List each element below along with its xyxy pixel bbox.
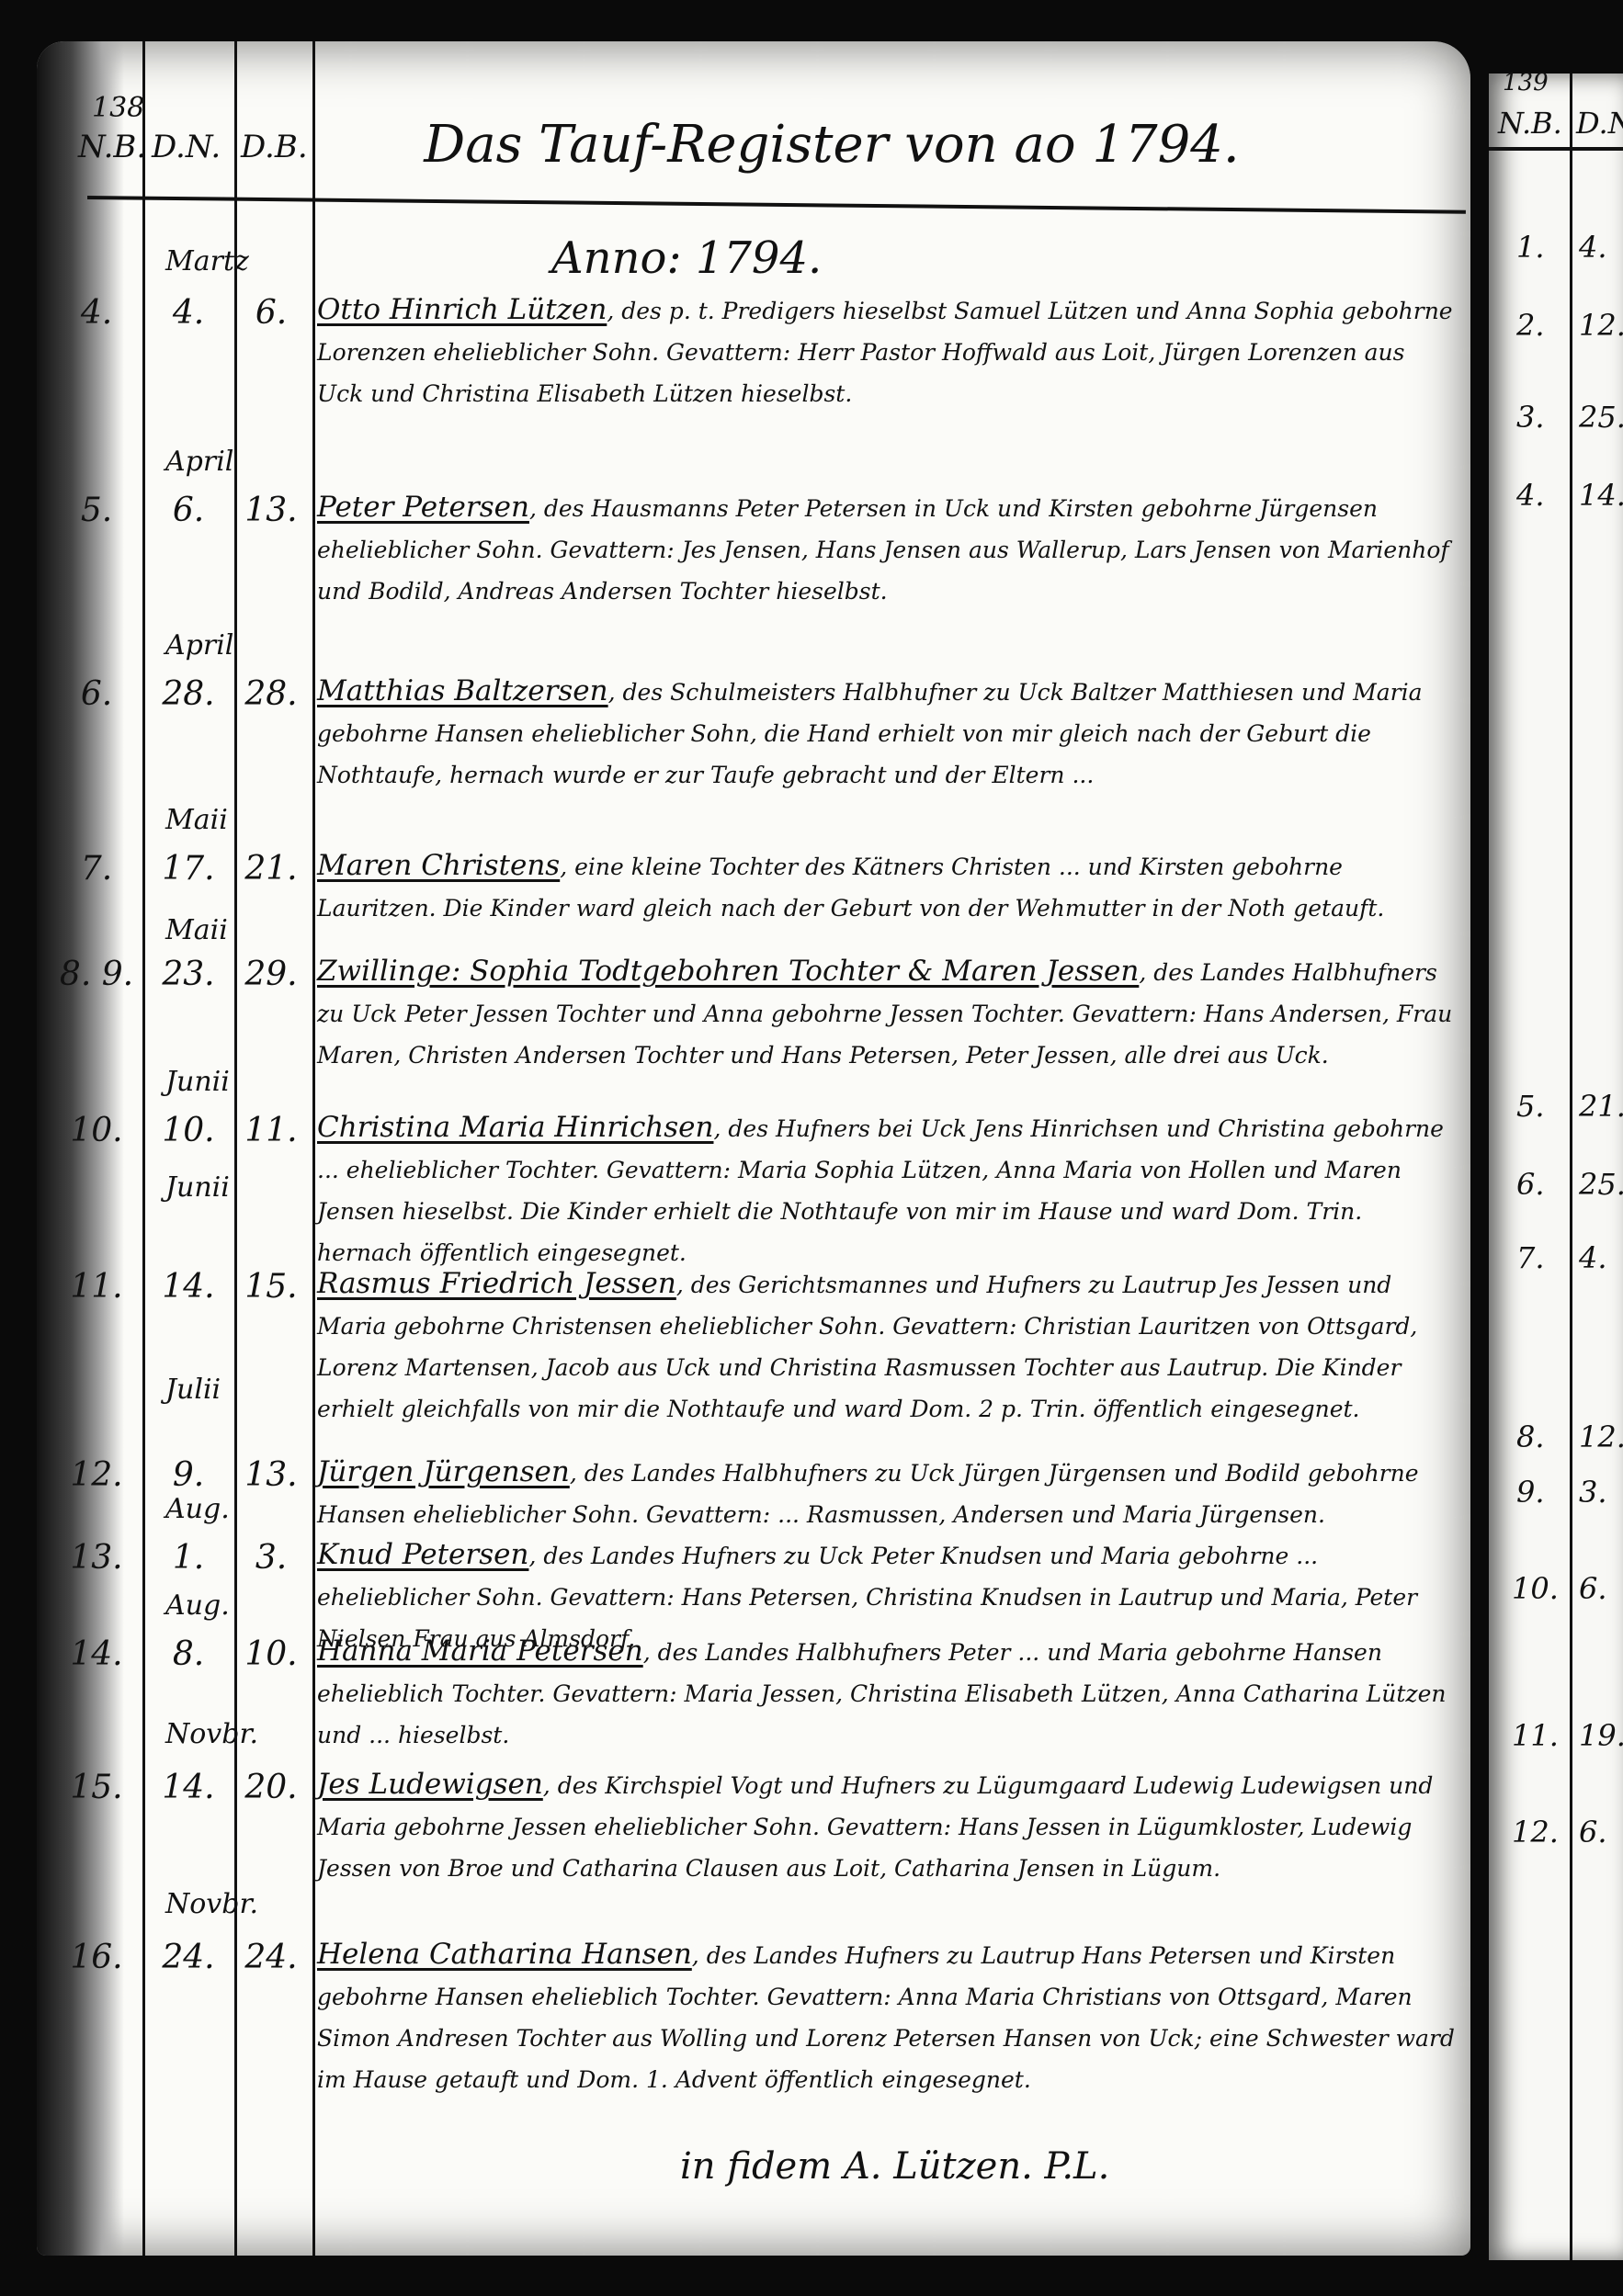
entry-db: 20.	[234, 1769, 308, 1806]
entry-month: April	[165, 446, 233, 478]
row-dn: 25.	[1579, 400, 1623, 435]
row-dn: 6.	[1579, 1571, 1607, 1606]
row-nb: 7.	[1516, 1240, 1545, 1275]
row-nb: 8.	[1516, 1419, 1545, 1454]
entry-dn: 28.	[152, 675, 225, 713]
entry-nb: 6.	[64, 675, 129, 713]
entry-nb: 15.	[64, 1769, 129, 1806]
entry-dn: 4.	[152, 294, 225, 332]
entry-nb: 7.	[64, 850, 129, 888]
pastor-signature: in fidem A. Lützen. P.L.	[680, 2145, 1109, 2188]
child-name: Helena Catharina Hansen	[317, 1938, 692, 1971]
child-name: Zwillinge: Sophia Todtgebohren Tochter &…	[317, 955, 1139, 988]
entry-nb: 11.	[64, 1268, 129, 1306]
entry-db: 28.	[234, 675, 308, 713]
entry-nb: 5.	[64, 492, 129, 529]
entry-month: Novbr.	[165, 1888, 258, 1920]
row-nb: 12.	[1512, 1815, 1559, 1849]
baptism-entry: Zwillinge: Sophia Todtgebohren Tochter &…	[317, 951, 1457, 1076]
page-number: 138	[92, 92, 144, 124]
row-nb: 4.	[1516, 478, 1545, 513]
row-dn: 21.	[1579, 1089, 1623, 1124]
row-dn: 6.	[1579, 1815, 1607, 1849]
entry-month: Maii	[165, 804, 228, 836]
entry-month: April	[165, 629, 233, 662]
column-header-dn: D.N.	[1576, 106, 1623, 141]
child-name: Jürgen Jürgensen	[317, 1455, 570, 1488]
child-name: Maren Christens	[317, 849, 560, 882]
entry-nb: 14.	[64, 1635, 129, 1673]
baptism-entry: Rasmus Friedrich Jessen, des Gerichtsman…	[317, 1263, 1457, 1430]
row-nb: 9.	[1516, 1475, 1545, 1510]
baptism-entry: Hanna Maria Petersen, des Landes Halbhuf…	[317, 1631, 1457, 1756]
child-name: Rasmus Friedrich Jessen	[317, 1267, 676, 1300]
entry-db: 24.	[234, 1939, 308, 1976]
column-header-db: D.B.	[241, 129, 308, 165]
child-name: Jes Ludewigsen	[317, 1768, 543, 1801]
baptism-entry: Maren Christens, eine kleine Tochter des…	[317, 845, 1457, 929]
entry-db: 15.	[234, 1268, 308, 1306]
column-rule	[142, 41, 145, 2256]
entry-dn: 10.	[152, 1112, 225, 1149]
child-name: Christina Maria Hinrichsen	[317, 1111, 714, 1144]
row-nb: 6.	[1516, 1167, 1545, 1202]
entry-nb: 4.	[64, 294, 129, 332]
column-header-nb: N.B.	[78, 129, 146, 165]
row-dn: 25.	[1579, 1167, 1623, 1202]
row-nb: 10.	[1512, 1571, 1559, 1606]
baptism-entry: Jes Ludewigsen, des Kirchspiel Vogt und …	[317, 1764, 1457, 1889]
entry-nb: 8. 9.	[55, 956, 138, 993]
column-header-dn: D.N.	[152, 129, 221, 165]
register-page-left: 138 N.B. D.N. D.B. Das Tauf-Register von…	[37, 41, 1470, 2256]
entry-dn: 14.	[152, 1268, 225, 1306]
baptism-entry: Matthias Baltzersen, des Schulmeisters H…	[317, 671, 1457, 796]
entry-db: 6.	[234, 294, 308, 332]
row-nb: 5.	[1516, 1089, 1545, 1124]
register-title: Das Tauf-Register von ao 1794.	[303, 115, 1360, 175]
entry-dn: 14.	[152, 1769, 225, 1806]
column-header-nb: N.B.	[1498, 106, 1562, 141]
entry-db: 13.	[234, 492, 308, 529]
entry-dn: 6.	[152, 492, 225, 529]
column-rule	[1570, 74, 1572, 2260]
row-dn: 14.	[1579, 478, 1623, 513]
header-rule	[87, 196, 1466, 214]
entry-month: Julii	[165, 1374, 221, 1406]
entry-nb: 12.	[64, 1456, 129, 1494]
entry-month: Aug.	[165, 1589, 230, 1622]
entry-dn: 8.	[152, 1635, 225, 1673]
entry-db: 13.	[234, 1456, 308, 1494]
baptism-entry: Otto Hinrich Lützen, des p. t. Predigers…	[317, 289, 1457, 414]
entry-month: Novbr.	[165, 1718, 258, 1750]
entry-db: 3.	[234, 1539, 308, 1577]
row-nb: 3.	[1516, 400, 1545, 435]
entry-month: Aug.	[165, 1493, 230, 1525]
entry-month: Martz	[165, 245, 249, 277]
row-dn: 4.	[1579, 1240, 1607, 1275]
child-name: Peter Petersen	[317, 491, 529, 524]
entry-nb: 16.	[64, 1939, 129, 1976]
child-name: Otto Hinrich Lützen	[317, 293, 607, 326]
row-nb: 2.	[1516, 308, 1545, 343]
row-dn: 12.	[1579, 308, 1623, 343]
header-rule	[1489, 147, 1623, 151]
column-rule	[312, 41, 315, 2256]
child-name: Knud Petersen	[317, 1538, 528, 1571]
baptism-entry: Jürgen Jürgensen, des Landes Halbhufners…	[317, 1452, 1457, 1535]
entry-dn: 9.	[152, 1456, 225, 1494]
row-dn: 12.	[1579, 1419, 1623, 1454]
entry-db: 21.	[234, 850, 308, 888]
year-heading: Anno: 1794.	[551, 232, 822, 284]
row-nb: 1.	[1516, 230, 1545, 265]
entry-db: 29.	[234, 956, 308, 993]
baptism-entry: Christina Maria Hinrichsen, des Hufners …	[317, 1107, 1457, 1273]
entry-dn: 24.	[152, 1939, 225, 1976]
entry-month: Maii	[165, 914, 228, 946]
entry-db: 10.	[234, 1635, 308, 1673]
page-number: 139	[1503, 69, 1549, 96]
row-dn: 3.	[1579, 1475, 1607, 1510]
entry-dn: 1.	[152, 1539, 225, 1577]
row-dn: 19.	[1579, 1718, 1623, 1753]
baptism-entry: Helena Catharina Hansen, des Landes Hufn…	[317, 1934, 1457, 2100]
entry-nb: 10.	[64, 1112, 129, 1149]
entry-month: Junii	[165, 1171, 230, 1204]
entry-dn: 17.	[152, 850, 225, 888]
row-nb: 11.	[1512, 1718, 1559, 1753]
entry-month: Junii	[165, 1066, 230, 1098]
child-name: Matthias Baltzersen	[317, 674, 608, 707]
entry-nb: 13.	[64, 1539, 129, 1577]
child-name: Hanna Maria Petersen	[317, 1634, 643, 1668]
entry-dn: 23.	[152, 956, 225, 993]
entry-db: 11.	[234, 1112, 308, 1149]
row-dn: 4.	[1579, 230, 1607, 265]
register-page-right-fragment: 139 N.B. D.N. 1. 4. 2. 12. 3. 25. 4. 14.…	[1489, 74, 1623, 2260]
baptism-entry: Peter Petersen, des Hausmanns Peter Pete…	[317, 487, 1457, 612]
